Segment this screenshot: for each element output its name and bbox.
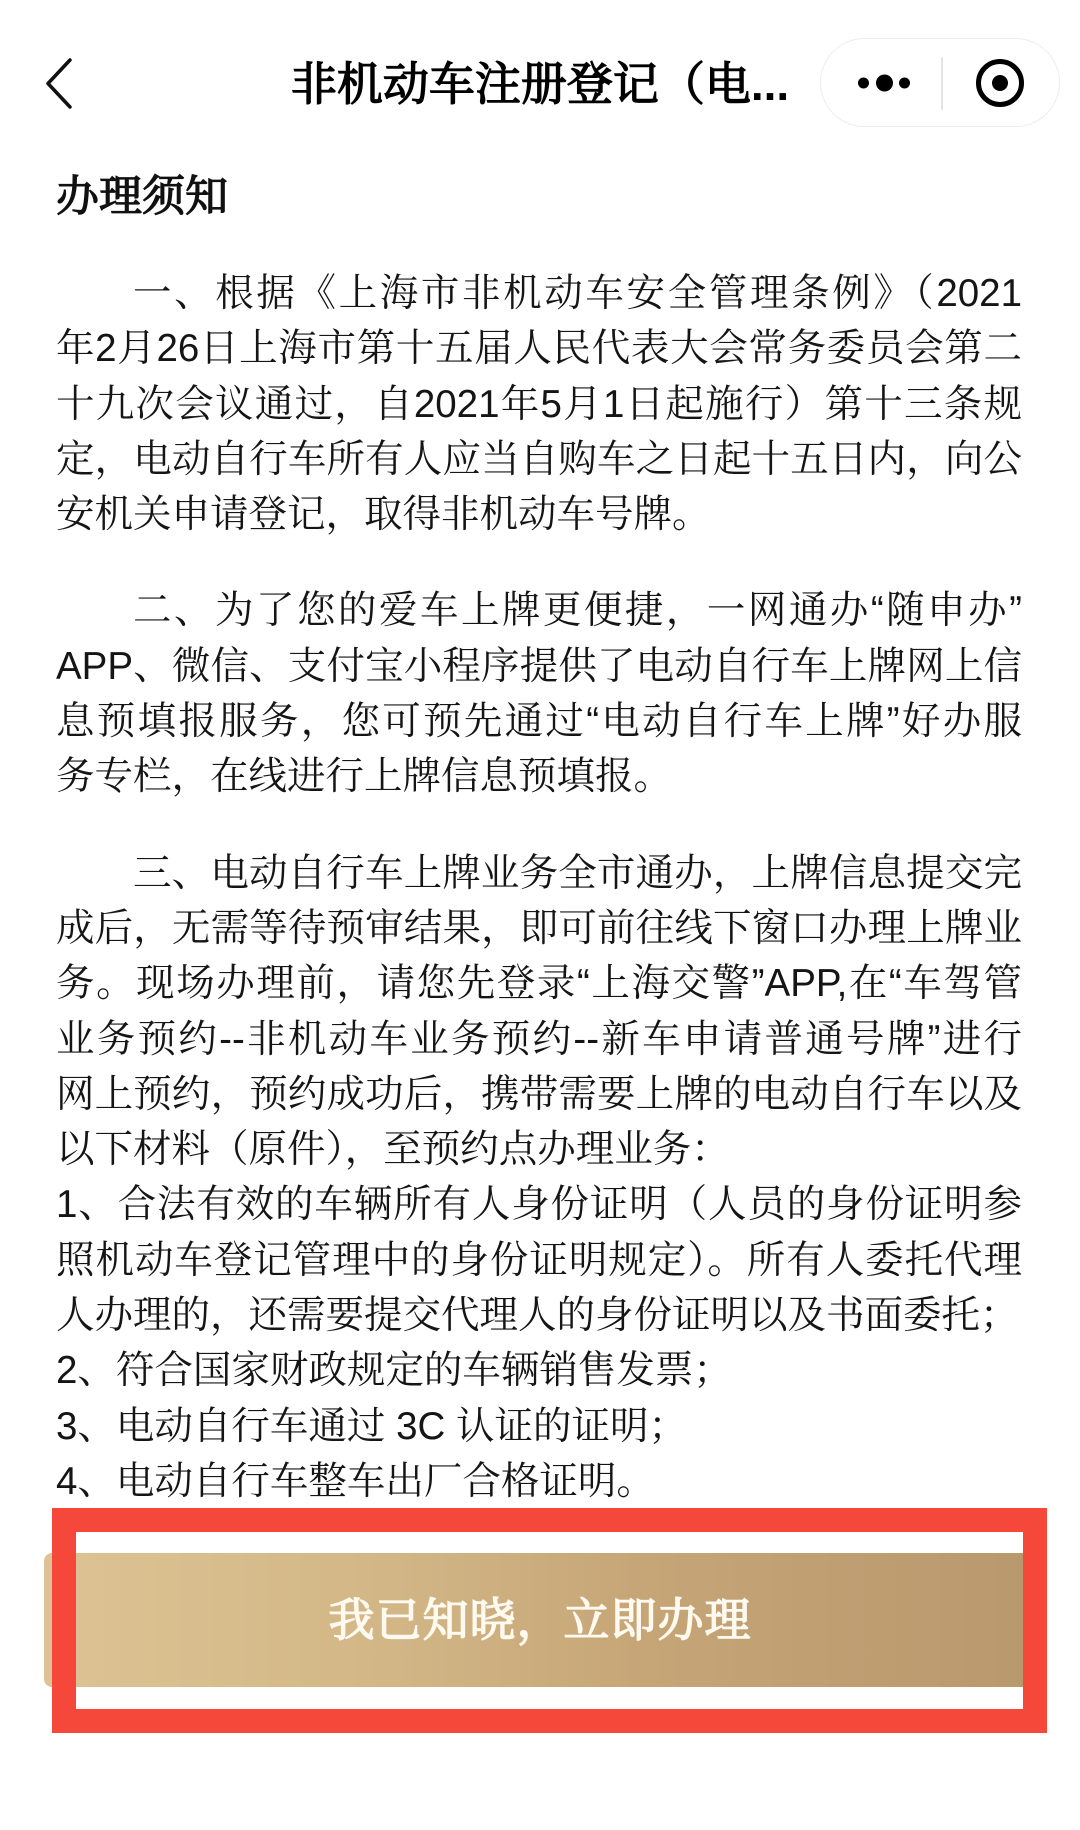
- notice-line: 十九次会议通过，自2021年5月1日起施行）第十三条规: [56, 377, 1022, 432]
- material-line: 人办理的，还需要提交代理人的身份证明以及书面委托；: [56, 1288, 1022, 1343]
- material-item-2: 2、符合国家财政规定的车辆销售发票；: [56, 1343, 1022, 1398]
- notice-heading: 办理须知: [56, 169, 1022, 225]
- notice-line: 业务预约--非机动车业务预约--新车申请普通号牌”进行: [56, 1012, 1022, 1067]
- notice-line: 务。现场办理前，请您先登录“上海交警”APP,在“车驾管: [56, 956, 1022, 1011]
- material-item-1: 1、合法有效的车辆所有人身份证明（人员的身份证明参 照机动车登记管理中的身份证明…: [56, 1177, 1022, 1343]
- notice-line: 年2月26日上海市第十五届人民代表大会常务委员会第二: [56, 321, 1022, 376]
- material-item-3: 3、电动自行车通过 3C 认证的证明；: [56, 1399, 1022, 1454]
- close-mini-program-button[interactable]: [943, 39, 1059, 125]
- materials-list: 1、合法有效的车辆所有人身份证明（人员的身份证明参 照机动车登记管理中的身份证明…: [56, 1177, 1022, 1509]
- notice-line: 网上预约，预约成功后，携带需要上牌的电动自行车以及: [56, 1067, 1022, 1122]
- notice-line: 务专栏，在线进行上牌信息预填报。: [56, 749, 1022, 804]
- notice-content: 办理须知 一、根据《上海市非机动车安全管理条例》（2021 年2月26日上海市第…: [56, 169, 1022, 1509]
- notice-line: 一、根据《上海市非机动车安全管理条例》（2021: [56, 266, 1022, 321]
- notice-paragraph-2: 二、为了您的爱车上牌更便捷，一网通办“随申办” APP、微信、支付宝小程序提供了…: [56, 583, 1022, 804]
- target-circle-icon: [943, 39, 1059, 125]
- material-item-4: 4、电动自行车整车出厂合格证明。: [56, 1454, 1022, 1509]
- notice-line: 定，电动自行车所有人应当自购车之日起十五日内，向公: [56, 432, 1022, 487]
- notice-line: 以下材料（原件），至预约点办理业务：: [56, 1122, 1022, 1177]
- material-line: 照机动车登记管理中的身份证明规定）。所有人委托代理: [56, 1233, 1022, 1288]
- more-button[interactable]: [821, 39, 941, 125]
- notice-paragraph-1: 一、根据《上海市非机动车安全管理条例》（2021 年2月26日上海市第十五届人民…: [56, 266, 1022, 542]
- notice-paragraph-3: 三、电动自行车上牌业务全市通办，上牌信息提交完 成后，无需等待预审结果，即可前往…: [56, 846, 1022, 1510]
- more-dots-icon: [821, 39, 941, 125]
- notice-line: 安机关申请登记，取得非机动车号牌。: [56, 487, 1022, 542]
- notice-line: 息预填报服务，您可预先通过“电动自行车上牌”好办服: [56, 694, 1022, 749]
- notice-line: 二、为了您的爱车上牌更便捷，一网通办“随申办”: [56, 583, 1022, 638]
- notice-line: 成后，无需等待预审结果，即可前往线下窗口办理上牌业: [56, 901, 1022, 956]
- confirm-proceed-button[interactable]: 我已知晓，立即办理: [44, 1553, 1036, 1687]
- page-title: 非机动车注册登记（电...: [270, 52, 810, 116]
- notice-line: APP、微信、支付宝小程序提供了电动自行车上牌网上信: [56, 639, 1022, 694]
- material-line: 3、电动自行车通过 3C 认证的证明；: [56, 1399, 1022, 1454]
- material-line: 2、符合国家财政规定的车辆销售发票；: [56, 1343, 1022, 1398]
- notice-line: 三、电动自行车上牌业务全市通办，上牌信息提交完: [56, 846, 1022, 901]
- back-button[interactable]: [28, 44, 92, 124]
- material-line: 1、合法有效的车辆所有人身份证明（人员的身份证明参: [56, 1177, 1022, 1232]
- chevron-left-icon: [40, 56, 80, 116]
- mini-program-capsule: [820, 38, 1060, 127]
- material-line: 4、电动自行车整车出厂合格证明。: [56, 1454, 1022, 1509]
